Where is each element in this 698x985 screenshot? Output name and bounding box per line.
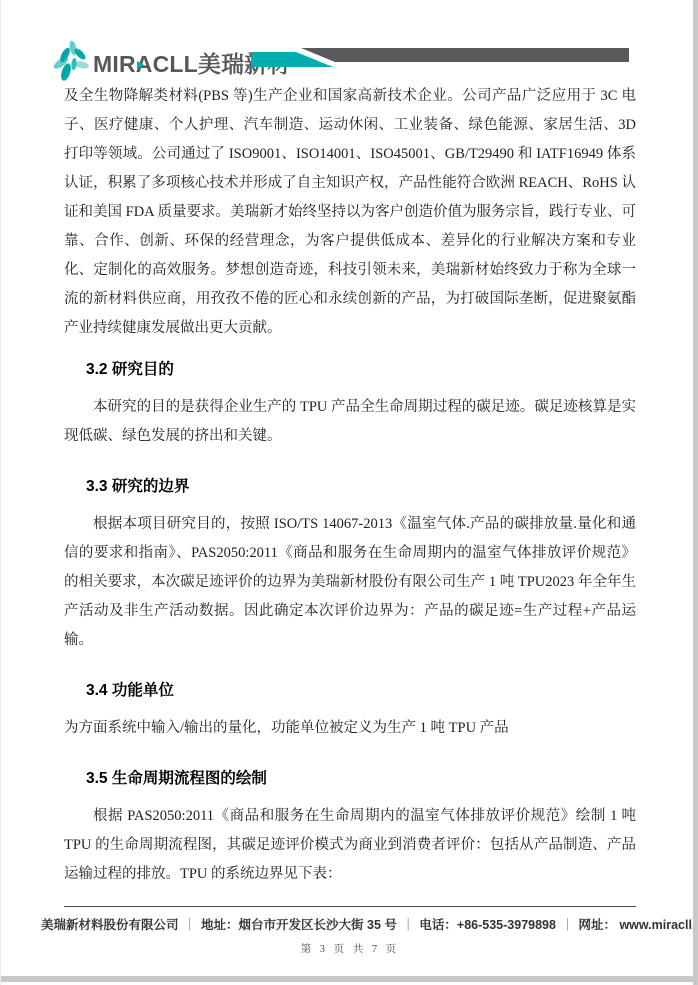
document-page: MIRACLL美瑞新材 及全生物降解类材料(PBS 等)生产企业和国家高新技术企…	[0, 0, 698, 985]
section-body-3-4: 为方面系统中输入/输出的量化，功能单位被定义为生产 1 吨 TPU 产品	[64, 714, 636, 743]
section-body-3-3: 根据本项目研究目的，按照 ISO/TS 14067-2013《温室气体.产品的碳…	[64, 510, 636, 655]
footer-company-name: 美瑞新材料股份有限公司	[41, 918, 179, 932]
header-bar-gray-shape	[301, 48, 629, 62]
section-heading-3-4: 3.4 功能单位	[64, 681, 636, 701]
page-header: MIRACLL美瑞新材	[1, 0, 698, 82]
document-body: 及全生物降解类材料(PBS 等)生产企业和国家高新技术企业。公司产品广泛应用于 …	[64, 82, 636, 889]
footer-website: 网址： www.miracll.com	[578, 918, 698, 932]
footer-company-line: 美瑞新材料股份有限公司｜地址：烟台市开发区长沙大街 35 号｜电话：+86-53…	[41, 915, 659, 935]
footer-separator: ｜	[184, 918, 197, 932]
section-heading-3-2: 3.2 研究目的	[64, 360, 636, 380]
section-heading-3-3: 3.3 研究的边界	[64, 477, 636, 497]
page-bottom-edge	[1, 976, 698, 982]
section-body-3-5: 根据 PAS2050:2011《商品和服务在生命周期内的温室气体排放评价规范》绘…	[64, 802, 636, 889]
page-right-edge	[693, 0, 698, 985]
miracll-leaf-logo-icon	[53, 39, 89, 81]
footer-separator: ｜	[402, 918, 415, 932]
footer-divider-line	[64, 906, 636, 907]
footer-address: 地址：烟台市开发区长沙大街 35 号	[201, 918, 397, 932]
section-heading-3-5: 3.5 生命周期流程图的绘制	[64, 769, 636, 789]
page-number: 第 3 页 共 7 页	[1, 941, 698, 956]
logo-accent-arrow-icon	[137, 61, 144, 69]
section-body-3-2: 本研究的目的是获得企业生产的 TPU 产品全生命周期过程的碳足迹。碳足迹核算是实…	[64, 393, 636, 451]
footer-phone: 电话：+86-535-3979898	[419, 918, 556, 932]
footer-separator: ｜	[561, 918, 574, 932]
intro-paragraph: 及全生物降解类材料(PBS 等)生产企业和国家高新技术企业。公司产品广泛应用于 …	[64, 82, 636, 343]
header-divider-bar	[249, 47, 633, 68]
